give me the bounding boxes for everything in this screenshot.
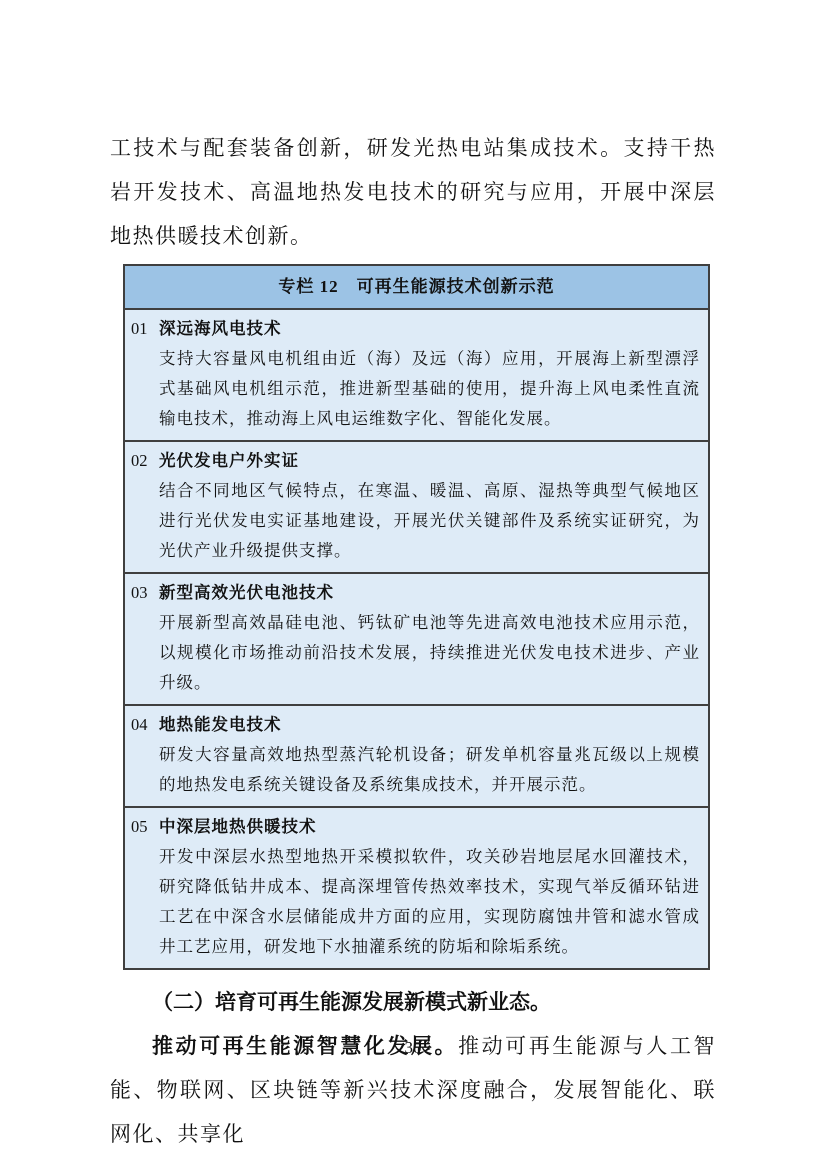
item-body: 支持大容量风电机组由近（海）及远（海）应用，开展海上新型漂浮式基础风电机组示范，… (159, 344, 700, 434)
callout-box: 专栏 12 可再生能源技术创新示范 01 深远海风电技术 支持大容量风电机组由近… (123, 264, 710, 970)
item-body: 研发大容量高效地热型蒸汽轮机设备；研发单机容量兆瓦级以上规模的地热发电系统关键设… (159, 740, 700, 800)
item-title: 深远海风电技术 (159, 314, 282, 344)
item-number: 02 (131, 446, 159, 476)
section-heading: （二）培育可再生能源发展新模式新业态。 (110, 980, 716, 1024)
item-number: 01 (131, 314, 159, 344)
item-title-row: 02 光伏发电户外实证 (131, 446, 700, 476)
item-title: 新型高效光伏电池技术 (159, 578, 334, 608)
page-number: 30 (0, 1038, 826, 1058)
intro-paragraph: 工技术与配套装备创新，研发光热电站集成技术。支持干热岩开发技术、高温地热发电技术… (110, 126, 716, 258)
item-title-row: 04 地热能发电技术 (131, 710, 700, 740)
box-header: 专栏 12 可再生能源技术创新示范 (125, 266, 708, 310)
item-title-row: 03 新型高效光伏电池技术 (131, 578, 700, 608)
box-title: 专栏 12 可再生能源技术创新示范 (278, 277, 554, 296)
item-number: 03 (131, 578, 159, 608)
item-body: 结合不同地区气候特点，在寒温、暖温、高原、湿热等典型气候地区进行光伏发电实证基地… (159, 476, 700, 566)
box-item-05: 05 中深层地热供暖技术 开发中深层水热型地热开采模拟软件，攻关砂岩地层尾水回灌… (125, 806, 708, 968)
box-item-01: 01 深远海风电技术 支持大容量风电机组由近（海）及远（海）应用，开展海上新型漂… (125, 310, 708, 440)
item-title-row: 05 中深层地热供暖技术 (131, 812, 700, 842)
box-item-03: 03 新型高效光伏电池技术 开展新型高效晶硅电池、钙钛矿电池等先进高效电池技术应… (125, 572, 708, 704)
item-title: 光伏发电户外实证 (159, 446, 299, 476)
item-number: 04 (131, 710, 159, 740)
item-number: 05 (131, 812, 159, 842)
box-item-04: 04 地热能发电技术 研发大容量高效地热型蒸汽轮机设备；研发单机容量兆瓦级以上规… (125, 704, 708, 806)
item-title-row: 01 深远海风电技术 (131, 314, 700, 344)
item-body: 开发中深层水热型地热开采模拟软件，攻关砂岩地层尾水回灌技术，研究降低钻井成本、提… (159, 842, 700, 962)
item-title: 地热能发电技术 (159, 710, 282, 740)
item-body: 开展新型高效晶硅电池、钙钛矿电池等先进高效电池技术应用示范，以规模化市场推动前沿… (159, 608, 700, 698)
box-item-02: 02 光伏发电户外实证 结合不同地区气候特点，在寒温、暖温、高原、湿热等典型气候… (125, 440, 708, 572)
item-title: 中深层地热供暖技术 (159, 812, 317, 842)
document-page: 工技术与配套装备创新，研发光热电站集成技术。支持干热岩开发技术、高温地热发电技术… (0, 0, 826, 1169)
